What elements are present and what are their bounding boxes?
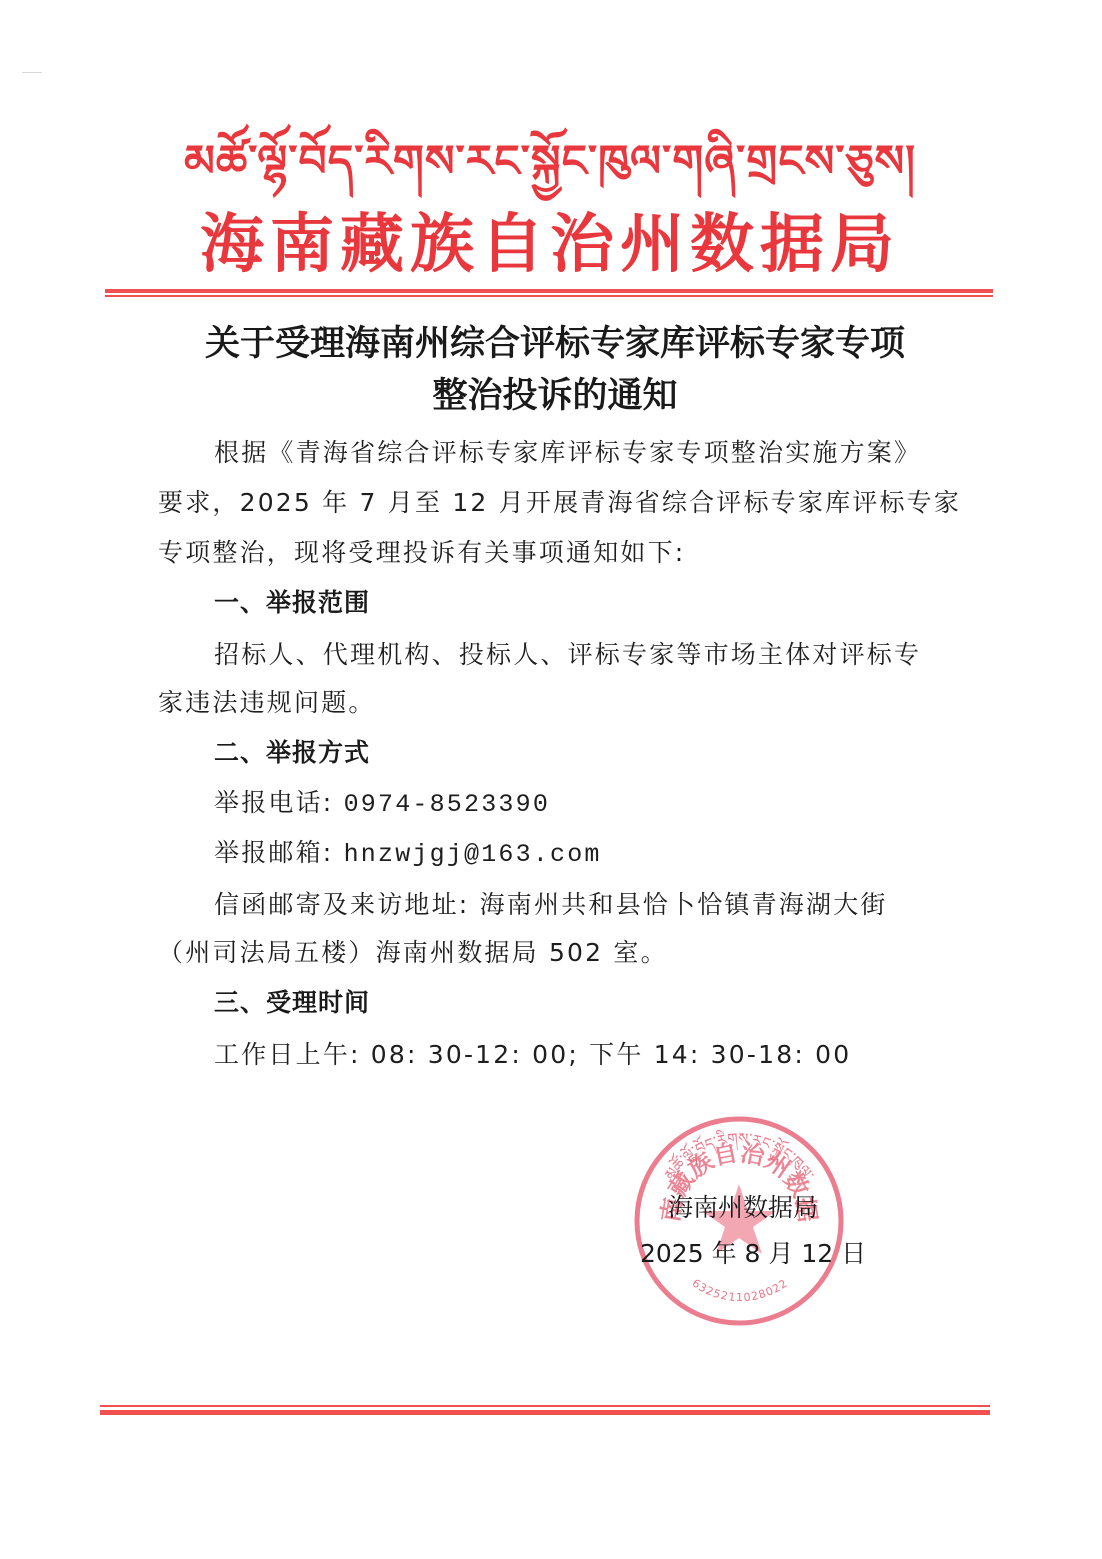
section-heading-methods: 二、举报方式 [214, 728, 370, 778]
address-line-2: （州司法局五楼）海南州数据局 502 室。 [158, 928, 668, 978]
scope-line-1: 招标人、代理机构、投标人、评标专家等市场主体对评标专 [214, 630, 921, 680]
footer-rule-thin [100, 1405, 990, 1407]
scope-line-2: 家违法违规问题。 [158, 678, 376, 728]
section-heading-scope: 一、举报范围 [214, 578, 370, 628]
phone-label: 举报电话: [214, 788, 333, 817]
title-line-1: 关于受理海南州综合评标专家库评标专家专项 [150, 318, 960, 370]
intro-line-3: 专项整治，现将受理投诉有关事项通知如下: [158, 528, 685, 578]
email-label: 举报邮箱: [214, 838, 333, 867]
document-page: མཚོ་ལྷོ་བོད་རིགས་རང་སྐྱོང་ཁུལ་གཞི་གྲངས་ཅ… [0, 0, 1102, 1559]
letterhead-rule-thin [105, 295, 993, 297]
letterhead-tibetan: མཚོ་ལྷོ་བོད་རིགས་རང་སྐྱོང་ཁུལ་གཞི་གྲངས་ཅ… [170, 132, 930, 192]
letterhead-chinese: 海南藏族自治州数据局 [170, 205, 930, 285]
title-line-2: 整治投诉的通知 [150, 370, 960, 422]
signature-date: 2025 年 8 月 12 日 [640, 1234, 866, 1274]
phone-number: 0974-8523390 [344, 790, 550, 819]
section-heading-hours: 三、受理时间 [214, 978, 370, 1028]
letterhead-rule-thick [105, 289, 993, 293]
document-title: 关于受理海南州综合评标专家库评标专家专项 整治投诉的通知 [150, 318, 960, 422]
svg-text:6325211028022: 6325211028022 [690, 1276, 791, 1304]
email-address: hnzwjgj@163.com [344, 840, 602, 869]
address-row-1: 信函邮寄及来访地址: 海南州共和县恰卜恰镇青海湖大街 [214, 880, 888, 930]
phone-row: 举报电话: 0974-8523390 [214, 778, 550, 830]
intro-line-2: 要求，2025 年 7 月至 12 月开展青海省综合评标专家库评标专家 [158, 478, 961, 528]
address-line-1: 海南州共和县恰卜恰镇青海湖大街 [480, 890, 888, 919]
address-label: 信函邮寄及来访地址: [214, 890, 469, 919]
office-hours: 工作日上午: 08: 30-12: 00; 下午 14: 30-18: 00 [214, 1030, 851, 1080]
signature-org: 海南州数据局 [668, 1188, 818, 1228]
email-row: 举报邮箱: hnzwjgj@163.com [214, 828, 602, 880]
intro-line-1: 根据《青海省综合评标专家库评标专家专项整治实施方案》 [214, 428, 921, 478]
scan-artifact [22, 72, 42, 73]
footer-rule-thick [100, 1410, 990, 1415]
